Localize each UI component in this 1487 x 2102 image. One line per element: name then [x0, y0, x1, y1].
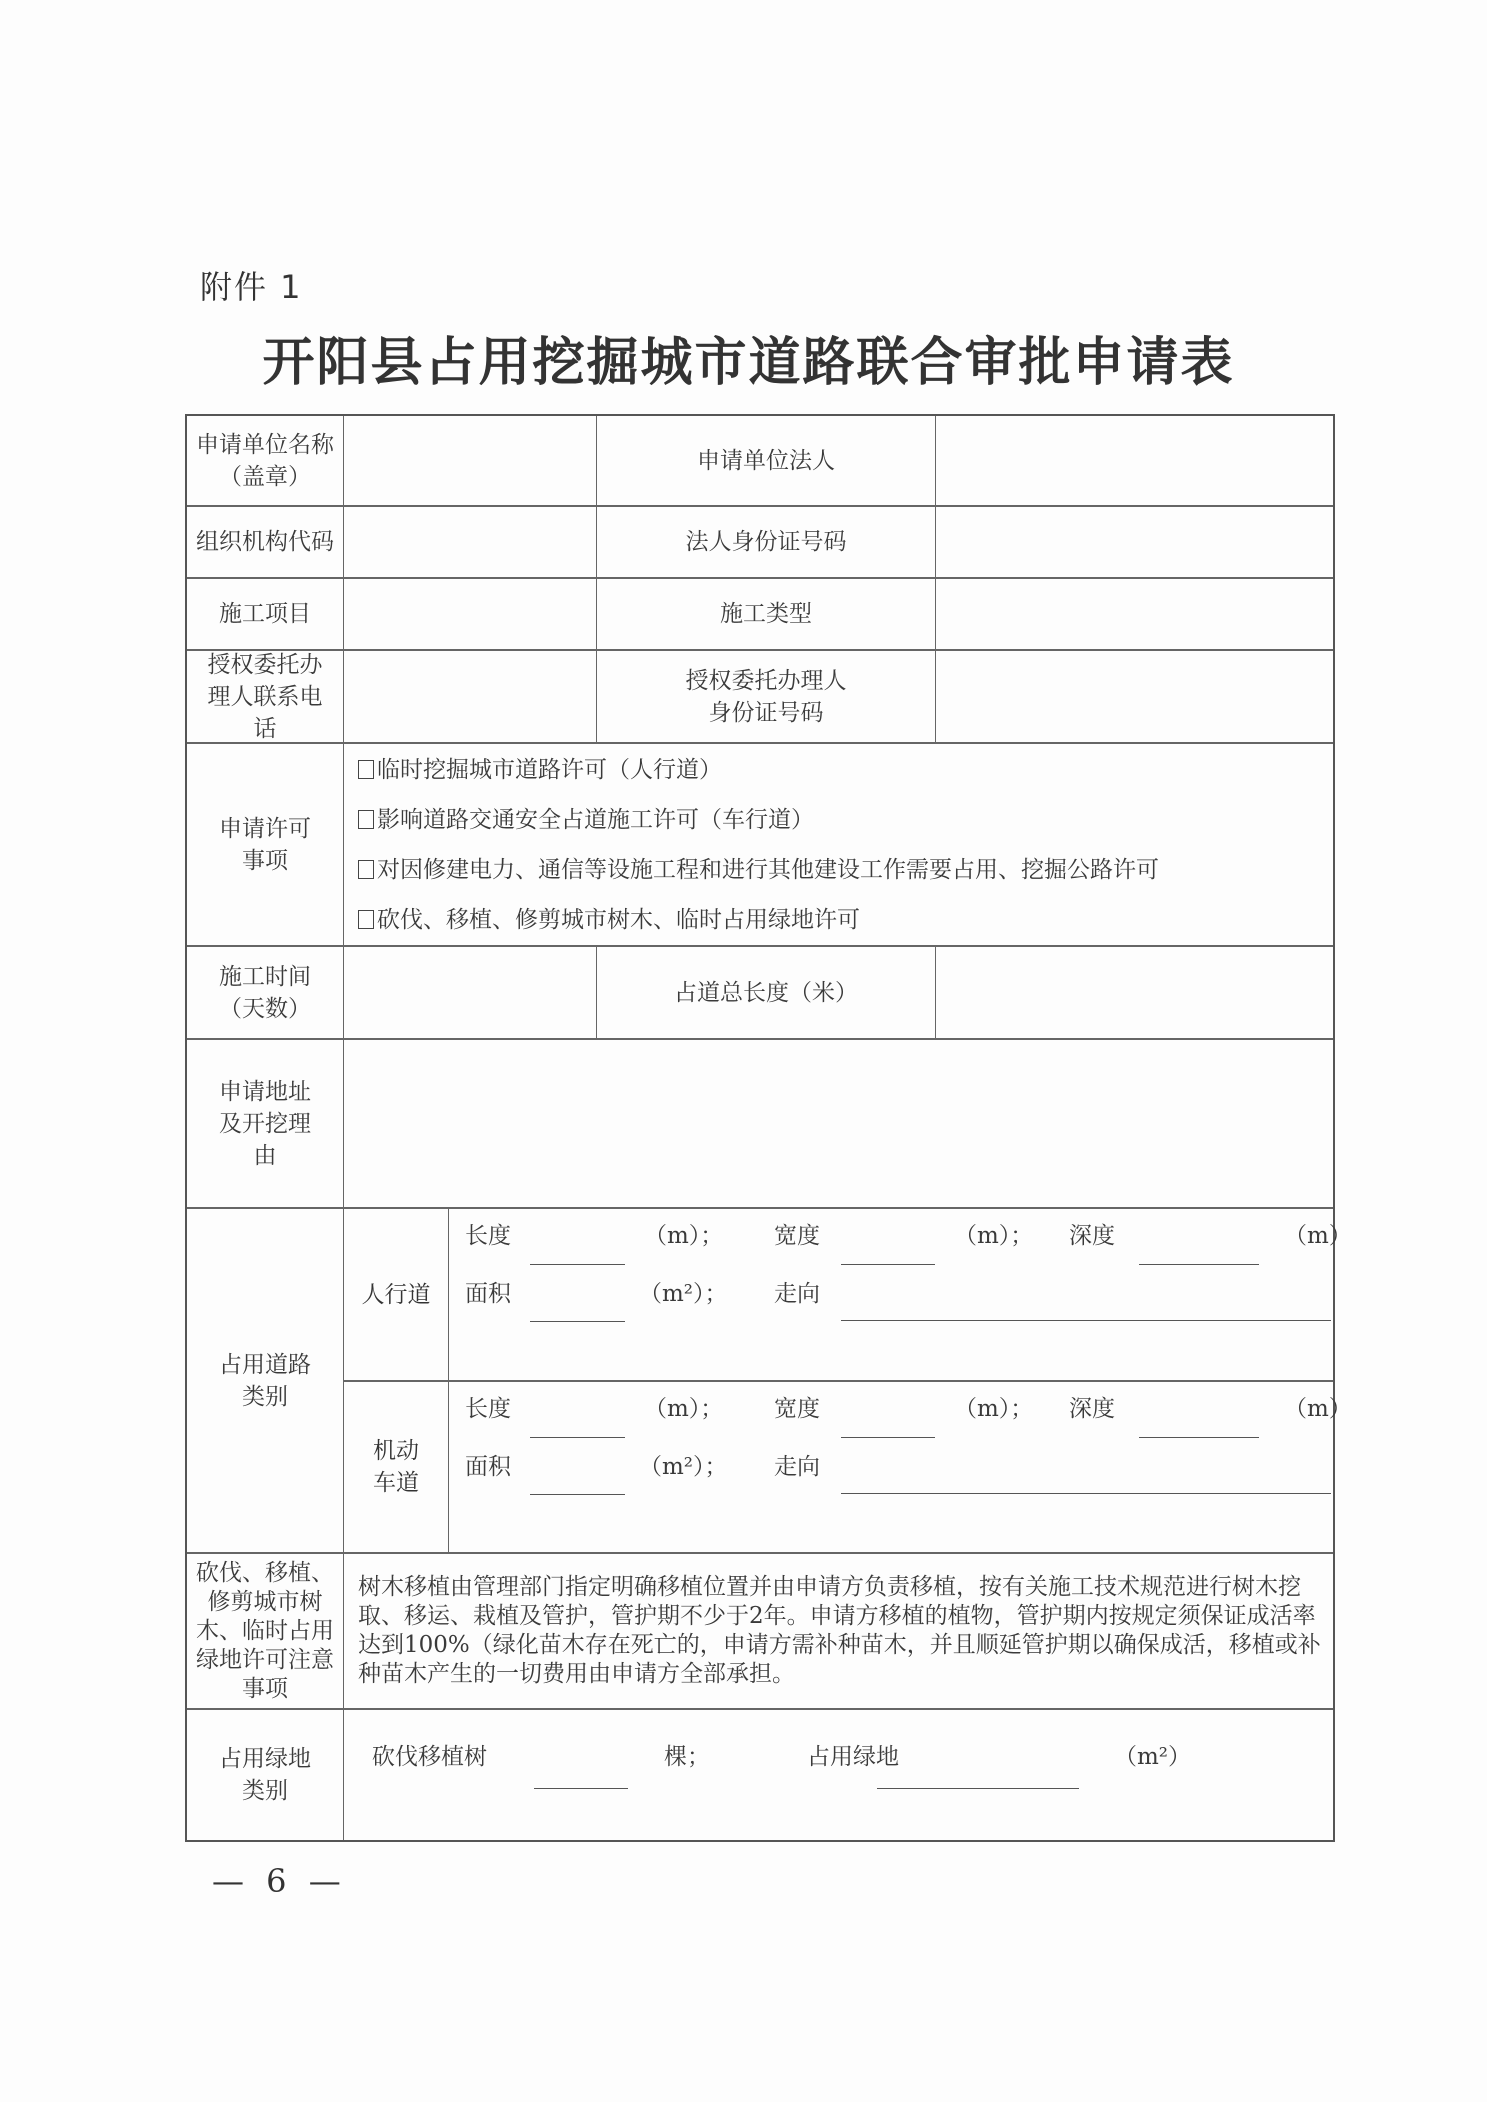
attachment-label: 附件 1	[200, 262, 303, 308]
road-subtypes: 人行道 长度 （m）； 宽度 （m）； 深度 （m） 面积 （m²）； 走向	[344, 1209, 1333, 1552]
tree-notes-text: 树木移植由管理部门指定明确移植位置并由申请方负责移植，按有关施工技术规范进行树木…	[344, 1554, 1333, 1708]
row-tree-notes: 砍伐、移植、修剪城市树木、临时占用绿地许可注意事项 树木移植由管理部门指定明确移…	[187, 1554, 1333, 1710]
length-unit: （m）；	[644, 1217, 723, 1250]
permit-option-trees-green[interactable]: 砍伐、移植、修剪城市树木、临时占用绿地许可	[358, 895, 860, 945]
tree-notes-label: 砍伐、移植、修剪城市树木、临时占用绿地许可注意事项	[187, 1554, 344, 1708]
green-area-unit: （m²）	[1114, 1738, 1191, 1771]
sidewalk-width-input[interactable]	[841, 1264, 935, 1265]
checkbox[interactable]	[358, 860, 374, 879]
total-length-field[interactable]	[936, 947, 1333, 1038]
sidewalk-section: 人行道 长度 （m）； 宽度 （m）； 深度 （m） 面积 （m²）； 走向	[344, 1209, 1333, 1382]
depth-unit: （m）	[1284, 1217, 1352, 1250]
motorway-area-input[interactable]	[530, 1494, 625, 1495]
agent-phone-label: 授权委托办理人联系电话	[187, 651, 344, 742]
green-area-label: 占用绿地	[807, 1738, 899, 1771]
trees-count-input[interactable]	[534, 1788, 628, 1789]
row-permit-items: 申请许可事项 临时挖掘城市道路许可（人行道） 影响道路交通安全占道施工许可（车行…	[187, 744, 1333, 947]
green-category-fields: 砍伐移植树 棵； 占用绿地 （m²）	[344, 1710, 1333, 1840]
motorway-label: 机动车道	[344, 1382, 449, 1552]
permit-option-label: 对因修建电力、通信等设施工程和进行其他建设工作需要占用、挖掘公路许可	[377, 854, 1159, 886]
area-unit: （m²）；	[639, 1448, 728, 1481]
width-label: 宽度	[774, 1217, 820, 1250]
depth-label: 深度	[1069, 1390, 1115, 1423]
depth-unit: （m）	[1284, 1390, 1352, 1423]
form-title: 开阳县占用挖掘城市道路联合审批申请表	[0, 320, 1487, 395]
applicant-name-field[interactable]	[344, 416, 597, 505]
page-number: — 6 —	[212, 1862, 347, 1900]
width-unit: （m）；	[954, 1390, 1033, 1423]
sidewalk-length-input[interactable]	[530, 1264, 625, 1265]
length-label: 长度	[465, 1390, 511, 1423]
area-unit: （m²）；	[639, 1275, 728, 1308]
road-category-label: 占用道路类别	[187, 1209, 344, 1552]
motorway-section: 机动车道 长度 （m）； 宽度 （m）； 深度 （m） 面积 （m²）； 走向	[344, 1382, 1333, 1552]
project-field[interactable]	[344, 579, 597, 649]
permit-option-label: 临时挖掘城市道路许可（人行道）	[377, 754, 722, 786]
org-code-label: 组织机构代码	[187, 507, 344, 577]
legal-person-field[interactable]	[936, 416, 1333, 505]
permit-option-label: 砍伐、移植、修剪城市树木、临时占用绿地许可	[377, 904, 860, 936]
total-length-label: 占道总长度（米）	[597, 947, 936, 1038]
motorway-depth-input[interactable]	[1139, 1437, 1259, 1438]
row-green-category: 占用绿地类别 砍伐移植树 棵； 占用绿地 （m²）	[187, 1710, 1333, 1840]
green-area-input[interactable]	[877, 1788, 1079, 1789]
row-address-reason: 申请地址及开挖理由	[187, 1040, 1333, 1209]
sidewalk-area-input[interactable]	[530, 1321, 625, 1322]
permit-option-roadway-occupy[interactable]: 影响道路交通安全占道施工许可（车行道）	[358, 795, 814, 845]
motorway-direction-input[interactable]	[841, 1493, 1331, 1494]
row-org-code: 组织机构代码 法人身份证号码	[187, 507, 1333, 579]
sidewalk-fields: 长度 （m）； 宽度 （m）； 深度 （m） 面积 （m²）； 走向	[449, 1209, 1333, 1380]
construction-type-field[interactable]	[936, 579, 1333, 649]
motorway-length-input[interactable]	[530, 1437, 625, 1438]
row-applicant: 申请单位名称（盖章） 申请单位法人	[187, 416, 1333, 507]
permit-option-label: 影响道路交通安全占道施工许可（车行道）	[377, 804, 814, 836]
width-unit: （m）；	[954, 1217, 1033, 1250]
applicant-name-label: 申请单位名称（盖章）	[187, 416, 344, 505]
sidewalk-direction-input[interactable]	[841, 1320, 1331, 1321]
permit-items-label: 申请许可事项	[187, 744, 344, 945]
motorway-width-input[interactable]	[841, 1437, 935, 1438]
duration-label: 施工时间（天数）	[187, 947, 344, 1038]
address-reason-field[interactable]	[344, 1040, 1333, 1207]
area-label: 面积	[465, 1275, 511, 1308]
agent-phone-field[interactable]	[344, 651, 597, 742]
checkbox[interactable]	[358, 760, 374, 779]
width-label: 宽度	[774, 1390, 820, 1423]
permit-option-highway-dig[interactable]: 对因修建电力、通信等设施工程和进行其他建设工作需要占用、挖掘公路许可	[358, 845, 1159, 895]
motorway-fields: 长度 （m）； 宽度 （m）； 深度 （m） 面积 （m²）； 走向	[449, 1382, 1333, 1552]
sidewalk-label: 人行道	[344, 1209, 449, 1380]
address-reason-label: 申请地址及开挖理由	[187, 1040, 344, 1207]
checkbox[interactable]	[358, 910, 374, 929]
direction-label: 走向	[774, 1275, 820, 1308]
row-project: 施工项目 施工类型	[187, 579, 1333, 651]
permit-options: 临时挖掘城市道路许可（人行道） 影响道路交通安全占道施工许可（车行道） 对因修建…	[344, 744, 1333, 945]
application-form: 申请单位名称（盖章） 申请单位法人 组织机构代码 法人身份证号码 施工项目 施工…	[185, 414, 1335, 1842]
checkbox[interactable]	[358, 810, 374, 829]
permit-option-sidewalk-dig[interactable]: 临时挖掘城市道路许可（人行道）	[358, 745, 722, 795]
sidewalk-depth-input[interactable]	[1139, 1264, 1259, 1265]
row-road-category: 占用道路类别 人行道 长度 （m）； 宽度 （m）； 深度 （m） 面积 （m²…	[187, 1209, 1333, 1554]
area-label: 面积	[465, 1448, 511, 1481]
direction-label: 走向	[774, 1448, 820, 1481]
legal-id-label: 法人身份证号码	[597, 507, 936, 577]
construction-type-label: 施工类型	[597, 579, 936, 649]
row-duration: 施工时间（天数） 占道总长度（米）	[187, 947, 1333, 1040]
length-label: 长度	[465, 1217, 511, 1250]
agent-id-field[interactable]	[936, 651, 1333, 742]
depth-label: 深度	[1069, 1217, 1115, 1250]
trees-label: 砍伐移植树	[372, 1738, 487, 1771]
org-code-field[interactable]	[344, 507, 597, 577]
agent-id-label: 授权委托办理人身份证号码	[597, 651, 936, 742]
trees-unit: 棵；	[664, 1738, 710, 1771]
legal-person-label: 申请单位法人	[597, 416, 936, 505]
row-agent: 授权委托办理人联系电话 授权委托办理人身份证号码	[187, 651, 1333, 744]
legal-id-field[interactable]	[936, 507, 1333, 577]
length-unit: （m）；	[644, 1390, 723, 1423]
duration-field[interactable]	[344, 947, 597, 1038]
project-label: 施工项目	[187, 579, 344, 649]
green-category-label: 占用绿地类别	[187, 1710, 344, 1840]
